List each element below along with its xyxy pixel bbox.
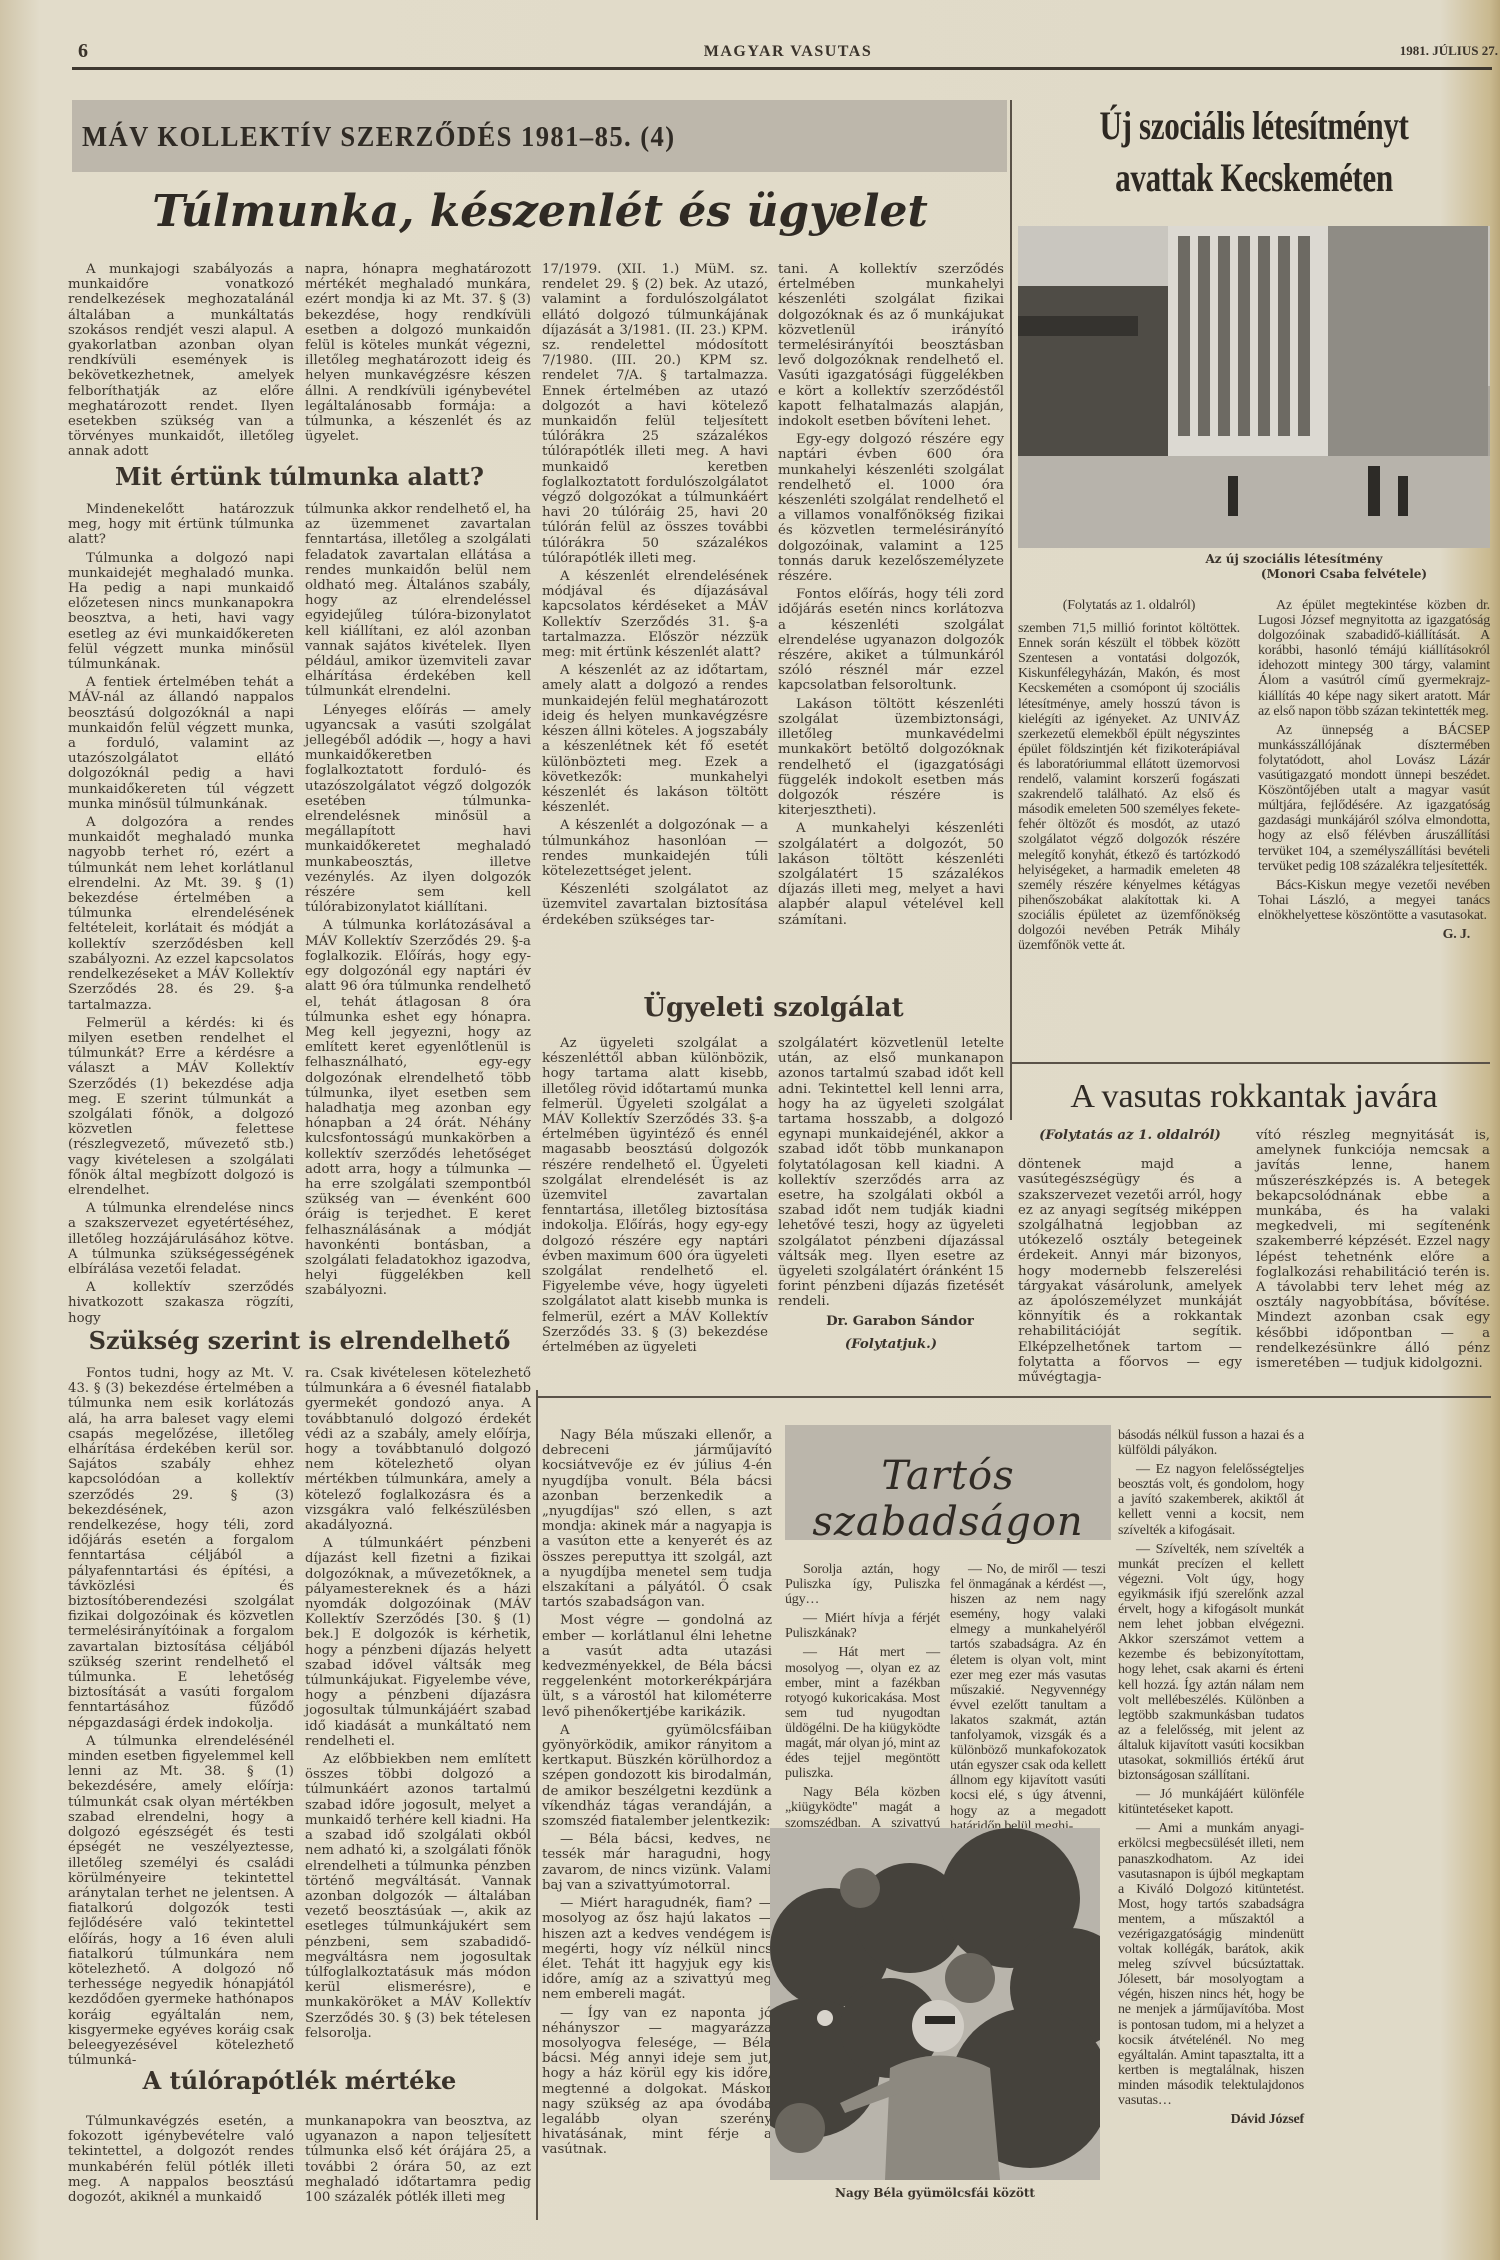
nagy-bela-photo-caption: Nagy Béla gyümölcsfái között bbox=[770, 2186, 1100, 2201]
section1-col-1: Mindenekelőtt határozzuk meg, hogy mit é… bbox=[68, 502, 294, 1326]
section1-col-2: túlmunka akkor rendelhető el, ha az üzem… bbox=[305, 502, 531, 1299]
paper-name: MAGYAR VASUTAS bbox=[78, 43, 1498, 61]
tartos-col-4: básodás nélkül fusson a hazai és a külfö… bbox=[1118, 1428, 1490, 2127]
tartos-title-band: Tartós szabadságon bbox=[785, 1425, 1111, 1540]
orchard-photo-image bbox=[770, 1828, 1100, 2180]
social-photo-caption: Az új szociális létesítmény (Monori Csab… bbox=[1018, 552, 1490, 582]
building-photo bbox=[1018, 226, 1490, 548]
column-divider-lower bbox=[536, 1390, 538, 2220]
rokkant-col-1: (Folytatás az 1. oldalról) döntenek majd… bbox=[1018, 1128, 1242, 1385]
main-article-title: Túlmunka, készenlét és ügyelet bbox=[100, 186, 980, 237]
ugyeleti-col-1: Az ügyeleti szolgálat a készenléttől abb… bbox=[542, 1036, 768, 1355]
continued-note: (Folytatjuk.) bbox=[778, 1337, 1004, 1352]
section-rule bbox=[1012, 1062, 1490, 1064]
social-article-title: Új szociális létesítményt avattak Kecske… bbox=[1067, 100, 1441, 204]
section-heading-mit-ertunk: Mit értünk túlmunka alatt? bbox=[68, 462, 531, 491]
building-photo-image bbox=[1018, 226, 1490, 548]
continued-from-note: (Folytatás az 1. oldalról) bbox=[1018, 1128, 1242, 1143]
tartos-col-2: Sorolja aztán, hogy Puliszka így, Pulisz… bbox=[785, 1562, 940, 1861]
section3-col-1: Túlmunkavégzés esetén, a fokozott igényb… bbox=[68, 2114, 294, 2205]
main-col-4: tani. A kollektív szerződés értelmében m… bbox=[778, 262, 1004, 928]
byline-garabon: Dr. Garabon Sándor bbox=[778, 1314, 1004, 1329]
main-col-3: 17/1979. (XII. 1.) MüM. sz. rendelet 29.… bbox=[542, 262, 768, 928]
section2-col-2: ra. Csak kivételesen kötelezhető túlmunk… bbox=[305, 1366, 531, 2041]
section-heading-szukseg: Szükség szerint is elrendelhető bbox=[68, 1326, 531, 1355]
series-label: MÁV KOLLEKTÍV SZERZŐDÉS 1981–85. (4) bbox=[82, 122, 675, 154]
tartos-article-title: Tartós szabadságon bbox=[785, 1453, 1111, 1545]
rokkant-article-title: A vasutas rokkantak javára bbox=[1018, 1078, 1490, 1116]
masthead-rule bbox=[72, 67, 1492, 70]
social-col-2: Az épület megtekintése közben dr. Lugosi… bbox=[1258, 598, 1490, 942]
section3-col-2: munkanapokra van beosztva, az ugyanazon … bbox=[305, 2114, 531, 2205]
ugyeleti-col-2: szolgálatért közvetlenül letelte után, a… bbox=[778, 1036, 1004, 1352]
continued-from-note: (Folytatás az 1. oldalról) bbox=[1018, 598, 1240, 613]
section-heading-tuloraptolek: A túlórapótlék mértéke bbox=[68, 2066, 531, 2095]
tartos-col-3: — No, de miről — teszi fel önmagának a k… bbox=[950, 1562, 1106, 1834]
intro-col-2: napra, hónapra meghatározott mértékét me… bbox=[305, 262, 531, 444]
intro-col-1: A munkajogi szabályozás a munkaidőre von… bbox=[68, 262, 294, 460]
byline-gj: G. J. bbox=[1258, 927, 1490, 942]
rokkant-col-2: vító részleg megnyitását is, amelynek fu… bbox=[1256, 1128, 1490, 1371]
newspaper-page: 6 MAGYAR VASUTAS 1981. JÚLIUS 27. MÁV KO… bbox=[0, 0, 1500, 2260]
column-divider bbox=[1010, 100, 1012, 1120]
series-band: MÁV KOLLEKTÍV SZERZŐDÉS 1981–85. (4) bbox=[72, 100, 1007, 172]
section-rule-bottom bbox=[536, 1396, 1491, 1398]
masthead: 6 MAGYAR VASUTAS 1981. JÚLIUS 27. bbox=[78, 40, 1498, 62]
social-col-1: (Folytatás az 1. oldalról) szemben 71,5 … bbox=[1018, 598, 1240, 953]
byline-david: Dávid József bbox=[1118, 2112, 1304, 2127]
nagy-bela-photo bbox=[770, 1828, 1100, 2180]
section-heading-ugyeleti: Ügyeleti szolgálat bbox=[542, 993, 1005, 1023]
issue-date: 1981. JÚLIUS 27. bbox=[1400, 43, 1498, 59]
tartos-col-1: Nagy Béla műszaki ellenőr, a debreceni j… bbox=[542, 1428, 772, 2158]
section2-col-1: Fontos tudni, hogy az Mt. V. 43. § (3) b… bbox=[68, 1366, 294, 2068]
